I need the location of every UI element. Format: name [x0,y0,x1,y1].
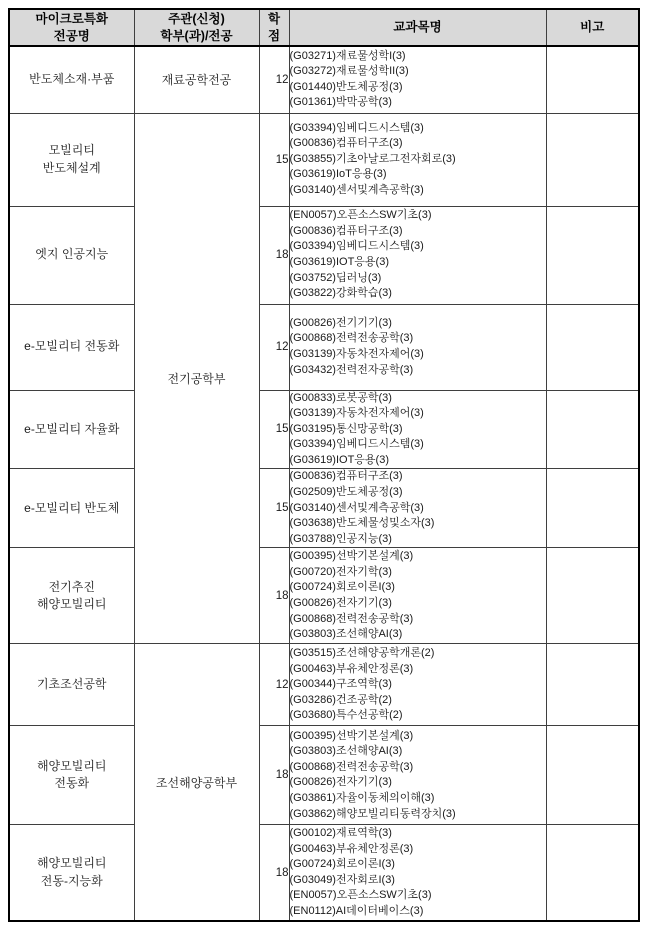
table-row: 전기추진 해양모빌리티 18 (G00395)선박기본설계(3) (G00720… [9,548,639,644]
table-row: 모빌리티 반도체설계 전기공학부 15 (G03394)임베디드시스템(3) (… [9,113,639,206]
document-page: 마이크로특화 전공명 주관(신청) 학부(과)/전공 학 점 교과목명 비고 반… [0,0,646,926]
credits-cell: 12 [259,46,289,113]
note-cell [546,469,639,548]
credits-cell: 15 [259,113,289,206]
header-major-name: 마이크로특화 전공명 [9,9,134,46]
courses-cell: (G00395)선박기본설계(3) (G03803)조선해양AI(3) (G00… [289,726,546,825]
courses-cell: (G03394)임베디드시스템(3) (G00836)컴퓨터구조(3) (G03… [289,113,546,206]
major-name-cell: 해양모빌리티 전동-지능화 [9,825,134,921]
credits-cell: 18 [259,206,289,304]
major-name-cell: e-모빌리티 전동화 [9,304,134,390]
header-credits: 학 점 [259,9,289,46]
credits-cell: 18 [259,825,289,921]
dept-cell-merged: 전기공학부 [134,113,259,644]
header-courses: 교과목명 [289,9,546,46]
major-name-cell: e-모빌리티 자율화 [9,390,134,469]
courses-cell: (G03271)재료물성학I(3) (G03272)재료물성학II(3) (G0… [289,46,546,113]
table-row: e-모빌리티 전동화 12 (G00826)전기기기(3) (G00868)전력… [9,304,639,390]
note-cell [546,825,639,921]
table-row: 엣지 인공지능 18 (EN0057)오픈소스SW기초(3) (G00836)컴… [9,206,639,304]
table-row: e-모빌리티 반도체 15 (G00836)컴퓨터구조(3) (G02509)반… [9,469,639,548]
major-name-cell: 전기추진 해양모빌리티 [9,548,134,644]
dept-cell-merged: 조선해양공학부 [134,644,259,921]
major-name-cell: e-모빌리티 반도체 [9,469,134,548]
major-name-cell: 기초조선공학 [9,644,134,726]
note-cell [546,548,639,644]
note-cell [546,390,639,469]
credits-cell: 18 [259,548,289,644]
major-name-cell: 해양모빌리티 전동화 [9,726,134,825]
table-header-row: 마이크로특화 전공명 주관(신청) 학부(과)/전공 학 점 교과목명 비고 [9,9,639,46]
table-row: 해양모빌리티 전동화 18 (G00395)선박기본설계(3) (G03803)… [9,726,639,825]
courses-cell: (G00395)선박기본설계(3) (G00720)전자기학(3) (G0072… [289,548,546,644]
courses-cell: (G00833)로봇공학(3) (G03139)자동차전자제어(3) (G031… [289,390,546,469]
note-cell [546,113,639,206]
credits-cell: 12 [259,644,289,726]
courses-cell: (G00102)재료역학(3) (G00463)부유체안정론(3) (G0072… [289,825,546,921]
note-cell [546,726,639,825]
major-name-cell: 모빌리티 반도체설계 [9,113,134,206]
table-row: 반도체소재·부품 재료공학전공 12 (G03271)재료물성학I(3) (G0… [9,46,639,113]
table-row: e-모빌리티 자율화 15 (G00833)로봇공학(3) (G03139)자동… [9,390,639,469]
note-cell [546,46,639,113]
credits-cell: 18 [259,726,289,825]
courses-cell: (EN0057)오픈소스SW기초(3) (G00836)컴퓨터구조(3) (G0… [289,206,546,304]
credits-cell: 15 [259,469,289,548]
header-note: 비고 [546,9,639,46]
major-name-cell: 반도체소재·부품 [9,46,134,113]
header-dept: 주관(신청) 학부(과)/전공 [134,9,259,46]
courses-cell: (G03515)조선해양공학개론(2) (G00463)부유체안정론(3) (G… [289,644,546,726]
table-row: 기초조선공학 조선해양공학부 12 (G03515)조선해양공학개론(2) (G… [9,644,639,726]
note-cell [546,644,639,726]
courses-cell: (G00826)전기기기(3) (G00868)전력전송공학(3) (G0313… [289,304,546,390]
micro-major-table: 마이크로특화 전공명 주관(신청) 학부(과)/전공 학 점 교과목명 비고 반… [8,8,640,922]
credits-cell: 12 [259,304,289,390]
note-cell [546,304,639,390]
major-name-cell: 엣지 인공지능 [9,206,134,304]
table-row: 해양모빌리티 전동-지능화 18 (G00102)재료역학(3) (G00463… [9,825,639,921]
courses-cell: (G00836)컴퓨터구조(3) (G02509)반도체공정(3) (G0314… [289,469,546,548]
note-cell [546,206,639,304]
dept-cell: 재료공학전공 [134,46,259,113]
credits-cell: 15 [259,390,289,469]
